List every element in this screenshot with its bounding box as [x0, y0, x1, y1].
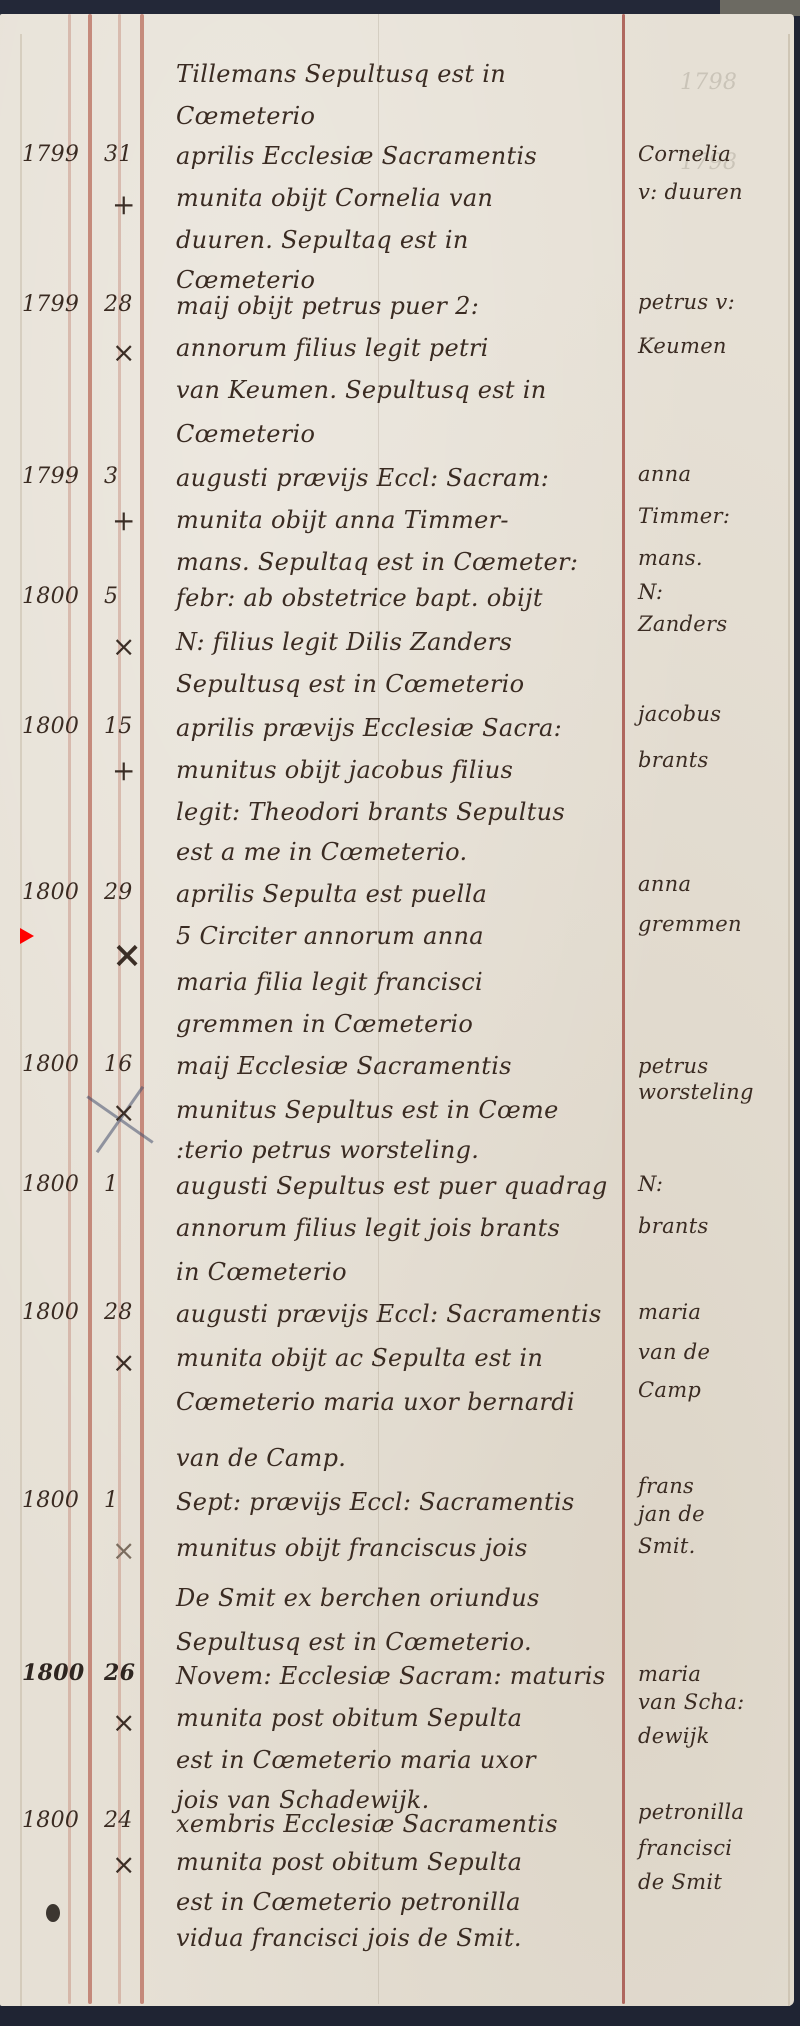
entry-line: Sept: prævijs Eccl: Sacramentis	[176, 1488, 575, 1516]
entry-line: Cœmeterio maria uxor bernardi	[176, 1388, 575, 1416]
entry-name: N:	[638, 580, 663, 604]
entry-line: Sepultusq est in Cœmeterio.	[176, 1628, 532, 1656]
entry-name: dewijk	[638, 1724, 710, 1748]
entry-line: Cœmeterio	[176, 420, 315, 448]
entry-line: maij obijt petrus puer 2:	[176, 292, 479, 320]
entry-line: febr: ab obstetrice bapt. obijt	[176, 584, 543, 612]
entry-day: 16	[104, 1052, 133, 1077]
entry-line: Cœmeterio	[176, 266, 315, 294]
death-cross-icon: ×	[112, 630, 136, 663]
entry-line: De Smit ex berchen oriundus	[176, 1584, 540, 1612]
entry-line: munita obijt anna Timmer-	[176, 506, 509, 534]
entry-line: Tillemans Sepultusq est in	[176, 60, 506, 88]
entry-day: 5	[104, 584, 118, 609]
entry-year: 1800	[22, 880, 79, 905]
entry-name: brants	[638, 1214, 709, 1238]
entry-year: 1800	[22, 1052, 79, 1077]
entry-day: 15	[104, 714, 133, 739]
entry-year: 1800	[22, 1300, 79, 1325]
entry-line: N: filius legit Dilis Zanders	[176, 628, 512, 656]
entry-name: worsteling	[638, 1080, 754, 1104]
entry-line: gremmen in Cœmeterio	[176, 1010, 473, 1038]
entry-day: 28	[104, 292, 133, 317]
entry-day: 29	[104, 880, 133, 905]
entry-name: maria	[638, 1300, 701, 1324]
entry-line: munitus Sepultus est in Cœme	[176, 1096, 559, 1124]
page-fold	[20, 34, 22, 2014]
entry-line: munita post obitum Sepulta	[176, 1704, 522, 1732]
entry-year: 1799	[22, 464, 79, 489]
entry-name: Keumen	[638, 334, 727, 358]
death-cross-icon: +	[112, 188, 136, 221]
year-column-rule	[88, 14, 92, 2004]
entry-line: munita obijt ac Sepulta est in	[176, 1344, 543, 1372]
entry-line: vidua francisci jois de Smit.	[176, 1924, 522, 1952]
ink-blot	[46, 1904, 60, 1922]
entry-day: 1	[104, 1488, 118, 1513]
entry-line: est a me in Cœmeterio.	[176, 838, 467, 866]
entry-line: munita post obitum Sepulta	[176, 1848, 522, 1876]
entry-line: :terio petrus worsteling.	[176, 1136, 479, 1164]
entry-line: augusti prævijs Eccl: Sacram:	[176, 464, 549, 492]
entry-line: est in Cœmeterio maria uxor	[176, 1746, 536, 1774]
death-cross-icon: +	[112, 504, 136, 537]
death-cross-icon: ×	[112, 1346, 136, 1379]
entry-line: munitus obijt jacobus filius	[176, 756, 513, 784]
entry-line: Novem: Ecclesiæ Sacram: maturis	[176, 1662, 606, 1690]
entry-line: Cœmeterio	[176, 102, 315, 130]
entry-name: anna	[638, 872, 691, 896]
entry-line: legit: Theodori brants Sepultus	[176, 798, 565, 826]
entry-year: 1800	[22, 714, 79, 739]
entry-day: 28	[104, 1300, 133, 1325]
entry-line: munita obijt Cornelia van	[176, 184, 493, 212]
death-cross-icon: ×	[112, 336, 136, 369]
death-cross-icon: ×	[112, 1096, 136, 1129]
entry-line: annorum filius legit petri	[176, 334, 489, 362]
death-cross-icon: ×	[112, 934, 142, 976]
entry-year: 1800	[22, 1808, 79, 1833]
entry-line: maria filia legit francisci	[176, 968, 483, 996]
entry-name: Timmer:	[638, 504, 730, 528]
entry-line: aprilis prævijs Ecclesiæ Sacra:	[176, 714, 562, 742]
entry-name: brants	[638, 748, 709, 772]
entry-name: v: duuren	[638, 180, 743, 204]
entry-name: Cornelia	[638, 142, 731, 166]
entry-year: 1799	[22, 142, 79, 167]
entry-line: xembris Ecclesiæ Sacramentis	[176, 1810, 558, 1838]
entry-name: petrus v:	[638, 290, 735, 314]
entry-year: 1800	[22, 584, 79, 609]
entry-line: van Keumen. Sepultusq est in	[176, 376, 546, 404]
entry-name: maria	[638, 1662, 701, 1686]
entry-line: munitus obijt franciscus jois	[176, 1534, 528, 1562]
death-cross-icon: ×	[112, 1706, 136, 1739]
entry-line: augusti Sepultus est puer quadrag	[176, 1172, 608, 1200]
entry-line: 5 Circiter annorum anna	[176, 922, 484, 950]
entry-name: N:	[638, 1172, 663, 1196]
death-cross-icon: ×	[112, 1848, 136, 1881]
page-edge	[788, 34, 790, 2014]
entry-year: 1800	[22, 1660, 84, 1686]
entry-name: Camp	[638, 1378, 701, 1402]
entry-name: petrus	[638, 1054, 708, 1078]
entry-day: 3	[104, 464, 118, 489]
row-marker-icon	[20, 928, 34, 944]
entry-line: aprilis Ecclesiæ Sacramentis	[176, 142, 537, 170]
entry-name: jacobus	[638, 702, 721, 726]
entry-year: 1799	[22, 292, 79, 317]
entry-name: francisci	[638, 1836, 732, 1860]
entry-name: van Scha:	[638, 1690, 745, 1714]
bleed-through-text: 1798	[680, 70, 737, 95]
entry-line: mans. Sepultaq est in Cœmeter:	[176, 548, 578, 576]
entry-day: 24	[104, 1808, 133, 1833]
day-column-rule	[140, 14, 144, 2004]
entry-line: aprilis Sepulta est puella	[176, 880, 487, 908]
name-column-rule	[622, 14, 625, 2004]
entry-day: 26	[104, 1660, 135, 1686]
entry-name: gremmen	[638, 912, 742, 936]
entry-line: annorum filius legit jois brants	[176, 1214, 560, 1242]
entry-line: in Cœmeterio	[176, 1258, 347, 1286]
entry-name: frans	[638, 1474, 694, 1498]
entry-year: 1800	[22, 1488, 79, 1513]
entry-day: 1	[104, 1172, 118, 1197]
death-cross-icon: ×	[112, 1534, 136, 1567]
entry-name: mans.	[638, 546, 703, 570]
death-cross-icon: +	[112, 754, 136, 787]
entry-line: duuren. Sepultaq est in	[176, 226, 469, 254]
entry-line: est in Cœmeterio petronilla	[176, 1888, 521, 1916]
entry-name: van de	[638, 1340, 710, 1364]
entry-name: jan de	[638, 1502, 705, 1526]
entry-year: 1800	[22, 1172, 79, 1197]
entry-name: anna	[638, 462, 691, 486]
entry-line: van de Camp.	[176, 1444, 346, 1472]
entry-line: maij Ecclesiæ Sacramentis	[176, 1052, 512, 1080]
scanner-bottom-band	[0, 2006, 800, 2026]
entry-line: Sepultusq est in Cœmeterio	[176, 670, 524, 698]
entry-name: Smit.	[638, 1534, 696, 1558]
entry-name: Zanders	[638, 612, 727, 636]
entry-name: de Smit	[638, 1870, 722, 1894]
entry-line: augusti prævijs Eccl: Sacramentis	[176, 1300, 602, 1328]
entry-name: petronilla	[638, 1800, 744, 1824]
entry-day: 31	[104, 142, 133, 167]
